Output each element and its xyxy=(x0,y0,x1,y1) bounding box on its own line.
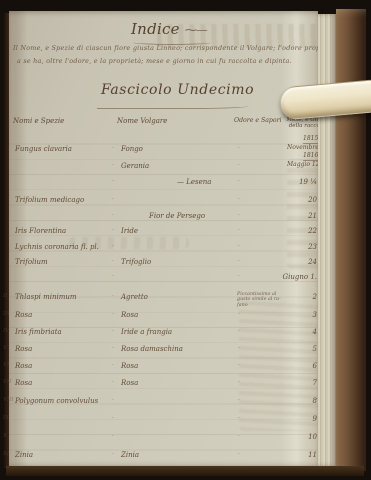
leader-dot: · xyxy=(112,311,114,318)
table-row: · Fior de Persego · 21 xyxy=(9,212,318,228)
leader-dot: · xyxy=(112,433,114,440)
cell-common-name: Agretto xyxy=(121,293,148,301)
leader-dot: · xyxy=(238,196,240,203)
leader-dot: · xyxy=(238,227,240,234)
title-flourish: ⁓— xyxy=(185,23,207,37)
cell-common-name: Rosa damaschina xyxy=(121,345,183,353)
book-cover-edge xyxy=(336,9,366,471)
column-header-odor-flavor: Odore e Sapori xyxy=(234,117,282,124)
cell-common-name: Rosa xyxy=(121,311,138,319)
leader-dot: · xyxy=(238,311,240,318)
table-row: III Rosa · Rosa · 3 xyxy=(9,311,318,327)
cell-plate-number: 2 xyxy=(267,293,317,301)
cell-name-species: Rosa xyxy=(15,311,32,319)
photo-frame: Indice ⁓— Il Nome, e Spezie di ciascun f… xyxy=(0,0,371,480)
intro-line-2: a se ha, oltre l'odore, e la proprietà; … xyxy=(17,57,292,65)
leader-dot: · xyxy=(238,451,240,458)
page-fore-edges xyxy=(318,14,336,466)
margin-mark: IX xyxy=(3,415,17,421)
margin-mark: X xyxy=(3,433,17,439)
table-row: IV Iris fimbriata · Iride a frangia · 4 xyxy=(9,328,318,344)
table-row: · Gerania · 1816Maggio 12 xyxy=(9,162,318,178)
cell-name-species: Rosa xyxy=(15,345,32,353)
section-underline xyxy=(97,104,249,109)
cell-name-species: Lychnis coronaria fl. pl. xyxy=(15,243,99,251)
leader-dot: · xyxy=(238,433,240,440)
intro-line-1: Il Nome, e Spezie di ciascun fiore giust… xyxy=(13,44,330,52)
cell-plate-number: 7 xyxy=(267,379,317,387)
table-row: XI Zinia · Zinia · 11 xyxy=(9,451,318,467)
leader-dot: · xyxy=(112,273,114,280)
table-row: Trifolium medicago · · 20 xyxy=(9,196,318,212)
table-row: VI Rosa · Rosa · 6 xyxy=(9,362,318,378)
cell-name-species: Fungus clavaria xyxy=(15,145,72,153)
leader-dot: · xyxy=(112,345,114,352)
table-row: · · Giugno 1. xyxy=(9,273,318,289)
table-row: VII Rosa · Rosa · 7 xyxy=(9,379,318,395)
cell-common-name: Rosa xyxy=(121,362,138,370)
leader-dot: · xyxy=(238,273,240,280)
table-row: X · · 10 xyxy=(9,433,318,449)
cell-plate-number: 24 xyxy=(267,258,317,266)
leader-dot: · xyxy=(238,345,240,352)
cell-name-species: Polygonum convolvulus xyxy=(15,397,98,405)
cell-plate-number: 19 ¼ xyxy=(267,178,317,186)
cell-common-name: Gerania xyxy=(121,162,149,170)
leader-dot: · xyxy=(112,258,114,265)
leader-dot: · xyxy=(238,397,240,404)
cell-common-name: Rosa xyxy=(121,379,138,387)
leader-dot: · xyxy=(112,243,114,250)
leader-dot: · xyxy=(238,258,240,265)
leader-dot: · xyxy=(238,178,240,185)
cell-plate-number: 11 xyxy=(267,451,317,459)
cell-name-species: Iris Florentina xyxy=(15,227,66,235)
cell-name-species: Thlaspi minimum xyxy=(15,293,77,301)
table-row: · — Lesena · 19 ¼ xyxy=(9,178,318,194)
leader-dot: · xyxy=(112,328,114,335)
leader-dot: · xyxy=(112,415,114,422)
table-row: Trifolium · Trifoglio · 24 xyxy=(9,258,318,274)
cell-name-species: Trifolium medicago xyxy=(15,196,84,204)
leader-dot: · xyxy=(112,145,114,152)
table-row: Iris Florentina · Iride · 22 xyxy=(9,227,318,243)
leader-dot: · xyxy=(112,362,114,369)
cell-common-name: Iride a frangia xyxy=(121,328,172,336)
cell-plate-number: 10 xyxy=(267,433,317,441)
table-row: IX · · 9 xyxy=(9,415,318,431)
cell-plate-number: 22 xyxy=(267,227,317,235)
leader-dot: · xyxy=(238,379,240,386)
cell-plate-number: 21 xyxy=(267,212,317,220)
cell-plate-number: 4 xyxy=(267,328,317,336)
leader-dot: · xyxy=(112,379,114,386)
leader-dot: · xyxy=(238,212,240,219)
cell-plate-number: 5 xyxy=(267,345,317,353)
leader-dot: · xyxy=(112,178,114,185)
cell-name-species: Iris fimbriata xyxy=(15,328,62,336)
leader-dot: · xyxy=(238,328,240,335)
cell-month-heading: Giugno 1. xyxy=(267,273,317,281)
table-row: V Rosa · Rosa damaschina · 5 xyxy=(9,345,318,361)
odor-note-line3: fano xyxy=(237,303,248,308)
leader-dot: · xyxy=(112,451,114,458)
cell-plate-number: 3 xyxy=(267,311,317,319)
cell-common-name: Zinia xyxy=(121,451,139,459)
page-title-text: Indice xyxy=(131,20,180,38)
cell-name-species: Rosa xyxy=(15,379,32,387)
leader-dot: · xyxy=(112,293,114,300)
cell-common-name: Fongo xyxy=(121,145,143,153)
leader-dot: · xyxy=(112,212,114,219)
leader-dot: · xyxy=(238,415,240,422)
cell-plate-number: 23 xyxy=(267,243,317,251)
table-row: VIII Polygonum convolvulus · · 8 xyxy=(9,397,318,413)
leader-dot: · xyxy=(238,362,240,369)
leader-dot: · xyxy=(238,145,240,152)
column-header-common-name: Nome Volgare xyxy=(117,117,167,125)
cell-common-name: — Lesena xyxy=(177,178,211,186)
cell-plate-number: 6 xyxy=(267,362,317,370)
cell-name-species: Zinia xyxy=(15,451,33,459)
cell-plate-number: 20 xyxy=(267,196,317,204)
book-bottom-edge xyxy=(6,466,364,476)
column-header-name-species: Nomi e Spezie xyxy=(13,117,64,125)
leader-dot: · xyxy=(238,162,240,169)
leader-dot: · xyxy=(112,397,114,404)
page-title: Indice ⁓— xyxy=(131,20,207,38)
table-row: II Thlaspi minimum · Agretto Piccantissi… xyxy=(9,293,318,309)
leader-dot: · xyxy=(112,227,114,234)
cell-name-species: Trifolium xyxy=(15,258,48,266)
table-row: Fungus clavaria · Fongo · 1815Novembre 3… xyxy=(9,145,318,161)
leader-dot: · xyxy=(112,162,114,169)
cell-plate-number: 8 xyxy=(267,397,317,405)
cell-common-name: Trifoglio xyxy=(121,258,151,266)
leader-dot: · xyxy=(238,243,240,250)
leader-dot: · xyxy=(112,196,114,203)
cell-common-name: Fior de Persego xyxy=(149,212,205,220)
cell-common-name: Iride xyxy=(121,227,138,235)
cell-name-species: Rosa xyxy=(15,362,32,370)
section-title: Fascicolo Undecimo xyxy=(101,82,254,98)
table-row: Lychnis coronaria fl. pl. · · 23 xyxy=(9,243,318,259)
manuscript-page: Indice ⁓— Il Nome, e Spezie di ciascun f… xyxy=(9,11,318,467)
cell-plate-number: 9 xyxy=(267,415,317,423)
